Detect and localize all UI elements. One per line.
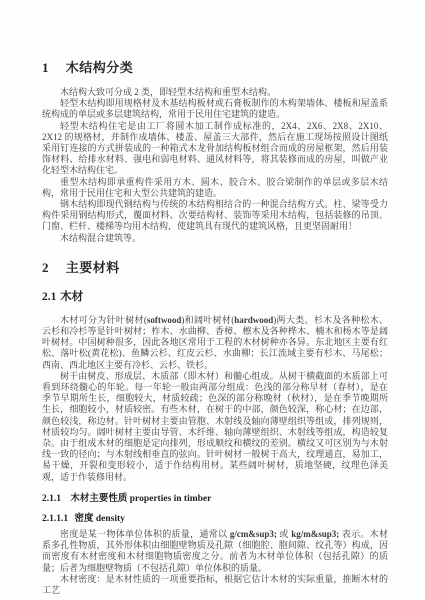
emphasis-text: kg/m&sup3; [291, 529, 339, 539]
heading-number: 1 [42, 60, 49, 75]
heading-title: 木材 [60, 291, 83, 303]
heading-title: 主要材料 [66, 260, 120, 275]
text-segment: 或 [277, 529, 291, 539]
heading-subsection-properties: 2.1.1 木材主要性质 properties in timber [42, 490, 388, 504]
paragraph-density-note: 木材密度：是木材性质的一项重要指标，根据它估计木材的实际重量，推断木材的工艺 [42, 574, 388, 596]
paragraph-density-definition: 密度是某一物体单位体积的质量，通常以 g/cm&sup3; 或 kg/m&sup… [42, 529, 388, 574]
heading-number: 2 [42, 260, 49, 275]
text-segment: 密度是某一物体单位体积的质量，通常以 [60, 529, 230, 539]
paragraph-wood-species: 木材可分为针叶树材(softwood)和阔叶树材(hardwood)两大类。杉木… [42, 315, 388, 371]
emphasis-text: g/cm&sup3; [230, 529, 277, 539]
paragraph-overview: 木结构大致可分成 2 类，即轻型木结构和重型木结构。 [42, 87, 388, 98]
text-segment: 木材可分为针叶树材( [60, 315, 147, 325]
heading-section-wood: 2.1 木材 [42, 288, 388, 304]
document-page: 1 木结构分类 木结构大致可分成 2 类，即轻型木结构和重型木结构。 轻型木结构… [0, 0, 425, 600]
heading-title: 密度 density [75, 514, 125, 524]
heading-chapter-2: 2 主要材料 [42, 257, 388, 276]
heading-number: 2.1.1.1 [42, 514, 68, 524]
heading-title: 木结构分类 [66, 60, 134, 75]
emphasis-text: hardwood [234, 315, 273, 325]
heading-title: 木材主要性质 properties in timber [70, 494, 211, 504]
heading-number: 2.1.1 [42, 494, 61, 504]
paragraph-hybrid: 木结构混合建筑等。 [42, 233, 388, 244]
paragraph-heavy-structure: 重型木结构即承重构件采用方木、圆木、胶合木、胶合梁制作的单层或多层木结构，常用于… [42, 177, 388, 199]
heading-chapter-1: 1 木结构分类 [42, 57, 388, 76]
emphasis-text: softwood [147, 315, 182, 325]
heading-subsection-density: 2.1.1.1 密度 density [42, 510, 388, 524]
paragraph-trunk-anatomy: 树干由树皮、形成层、木质部（即木材）和髓心组成。从树干横截面的木质部上可看到环绕… [42, 371, 388, 483]
paragraph-steel-wood: 钢木结构即现代钢结构与传统的木结构相结合的一种混合结构方式。柱、梁等受力构件采用… [42, 199, 388, 233]
text-segment: )和阔叶树材( [181, 315, 234, 325]
paragraph-light-house: 轻型木结构住宅是由工厂将圆木加工制作成标准的，2X4、2X6、2X8、2X10、… [42, 121, 388, 177]
heading-number: 2.1 [42, 291, 56, 303]
paragraph-light-structure: 轻型木结构即用规格材及木基结构板材或石膏板制作的木构架墙体、楼板和屋盖系统构成的… [42, 98, 388, 120]
